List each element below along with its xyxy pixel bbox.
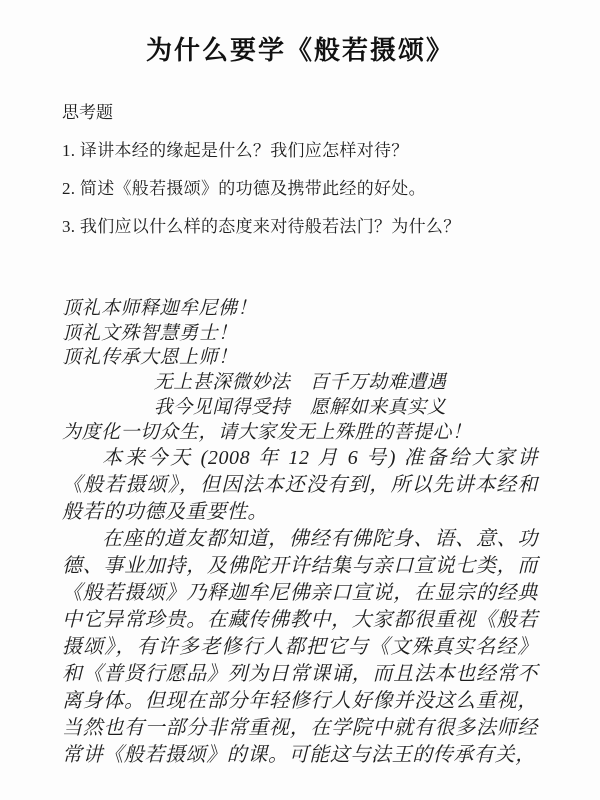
body-paragraph-2: 在座的道友都知道，佛经有佛陀身、语、意、功德、事业加持，及佛陀开许结集与亲口宣说… <box>62 526 538 769</box>
question-item-3: 3. 我们应以什么样的态度来对待般若法门？为什么？ <box>62 217 538 236</box>
body-paragraph-1: 本来今天 (2008 年 12 月 6 号) 准备给大家讲《般若摄颂》，但因法本… <box>62 445 538 526</box>
section-label-thinking-questions: 思考题 <box>62 103 538 122</box>
homage-line-buddha: 顶礼本师释迦牟尼佛！ <box>62 297 538 322</box>
bodhicitta-line: 为度化一切众生，请大家发无上殊胜的菩提心！ <box>62 421 538 446</box>
verse-line-1: 无上甚深微妙法 百千万劫难遭遇 <box>62 371 538 396</box>
question-item-2: 2. 简述《般若摄颂》的功德及携带此经的好处。 <box>62 179 538 198</box>
homage-and-verse-block: 顶礼本师释迦牟尼佛！ 顶礼文殊智慧勇士！ 顶礼传承大恩上师！ 无上甚深微妙法 百… <box>62 297 538 445</box>
verse-line-2: 我今见闻得受持 愿解如来真实义 <box>62 396 538 421</box>
question-item-1: 1. 译讲本经的缘起是什么？我们应怎样对待？ <box>62 141 538 160</box>
document-title: 为什么要学《般若摄颂》 <box>62 36 538 66</box>
document-page: 为什么要学《般若摄颂》 思考题 1. 译讲本经的缘起是什么？我们应怎样对待？ 2… <box>0 0 600 800</box>
homage-line-guru: 顶礼传承大恩上师！ <box>62 346 538 371</box>
homage-line-manjushri: 顶礼文殊智慧勇士！ <box>62 322 538 347</box>
